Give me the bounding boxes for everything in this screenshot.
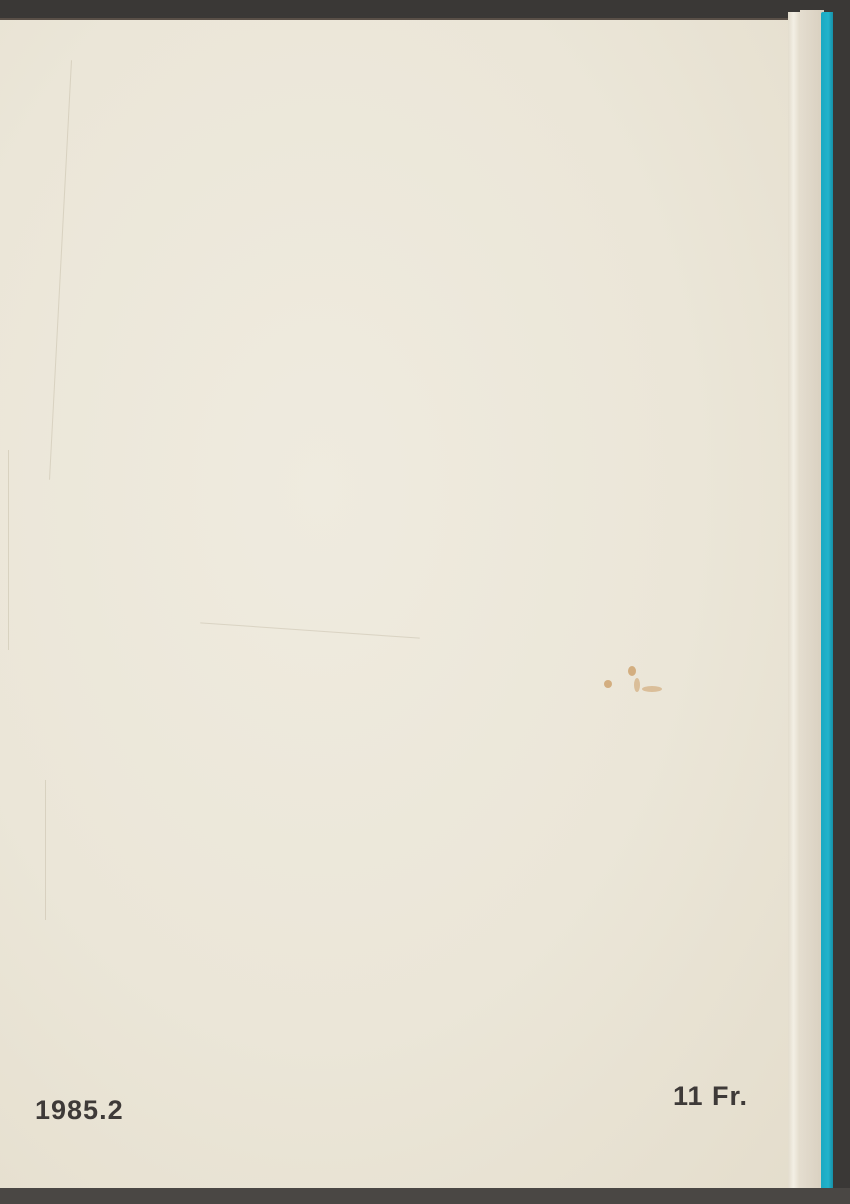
cover-paper bbox=[0, 18, 800, 1192]
edition-code: 1985.2 bbox=[35, 1095, 124, 1126]
crease-mark bbox=[200, 622, 420, 638]
crease-mark bbox=[45, 780, 46, 920]
spine-blue-stripe bbox=[821, 12, 833, 1188]
stain-mark bbox=[600, 662, 670, 702]
scanner-bottom-edge bbox=[0, 1188, 850, 1204]
scanned-book-back-cover: 1985.2 11 Fr. bbox=[0, 0, 850, 1204]
crease-mark bbox=[49, 60, 72, 479]
price-label: 11 Fr. bbox=[673, 1081, 748, 1112]
crease-mark bbox=[8, 450, 9, 650]
